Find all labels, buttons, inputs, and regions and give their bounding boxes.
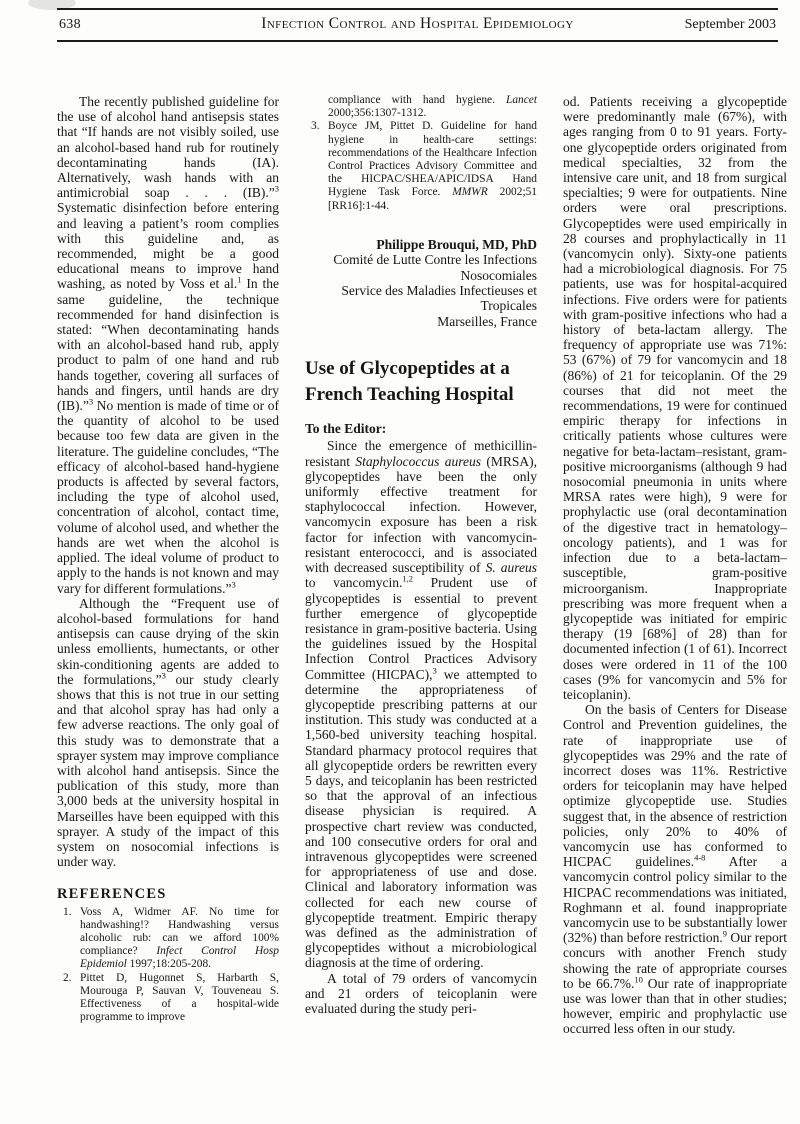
page-header: 638 Infection Control and Hospital Epide… — [57, 8, 778, 42]
column-center: compliance with hand hygiene. Lancet 200… — [305, 94, 537, 1106]
reference-text: Voss A, Widmer AF. No time for handwashi… — [80, 906, 279, 972]
signature-affiliation: Comité de Lutte Contre les Infections No… — [305, 252, 537, 283]
reference-text: Pittet D, Hugonnet S, Harbarth S, Mourou… — [80, 972, 279, 1025]
paragraph: Since the emergence of methicillin-resis… — [305, 438, 537, 970]
content-columns: The recently published guideline for the… — [57, 94, 787, 1106]
paragraph: A total of 79 orders of vancomycin and 2… — [305, 971, 537, 1017]
signature-affiliation: Service des Maladies Infectieuses et Tro… — [305, 283, 537, 314]
column-right: od. Patients receiving a glycopeptide we… — [563, 94, 787, 1106]
article-title: Use of Glycopeptides at a French Teachin… — [305, 356, 537, 408]
paragraph: Although the “Frequent use of alcohol-ba… — [57, 596, 279, 870]
journal-title: Infection Control and Hospital Epidemiol… — [169, 15, 666, 33]
header-rule-bottom — [57, 40, 778, 42]
header-row: 638 Infection Control and Hospital Epide… — [57, 10, 778, 40]
reference-continuation: compliance with hand hygiene. Lancet 200… — [305, 94, 537, 120]
journal-page: 638 Infection Control and Hospital Epide… — [0, 0, 800, 1124]
page-number: 638 — [59, 17, 169, 33]
paragraph: On the basis of Centers for Disease Cont… — [563, 702, 787, 1036]
references-heading: REFERENCES — [57, 887, 279, 902]
issue-date: September 2003 — [666, 17, 776, 33]
reference-number: 3. — [311, 120, 328, 212]
signature-block: Philippe Brouqui, MD, PhD Comité de Lutt… — [305, 237, 537, 329]
signature-affiliation: Marseilles, France — [305, 314, 537, 329]
paragraph: The recently published guideline for the… — [57, 94, 279, 596]
salutation: To the Editor: — [305, 421, 537, 436]
reference-item: 3. Boyce JM, Pittet D. Guideline for han… — [305, 120, 537, 212]
reference-item: 1. Voss A, Widmer AF. No time for handwa… — [57, 906, 279, 972]
paragraph: od. Patients receiving a glycopeptide we… — [563, 94, 787, 702]
reference-list: 1. Voss A, Widmer AF. No time for handwa… — [57, 906, 279, 1025]
signature-author: Philippe Brouqui, MD, PhD — [305, 237, 537, 252]
reference-item: 2. Pittet D, Hugonnet S, Harbarth S, Mou… — [57, 972, 279, 1025]
reference-number: 1. — [63, 906, 80, 972]
column-left: The recently published guideline for the… — [57, 94, 279, 1106]
reference-number: 2. — [63, 972, 80, 1025]
reference-list: 3. Boyce JM, Pittet D. Guideline for han… — [305, 120, 537, 212]
reference-text: Boyce JM, Pittet D. Guideline for hand h… — [328, 120, 537, 212]
